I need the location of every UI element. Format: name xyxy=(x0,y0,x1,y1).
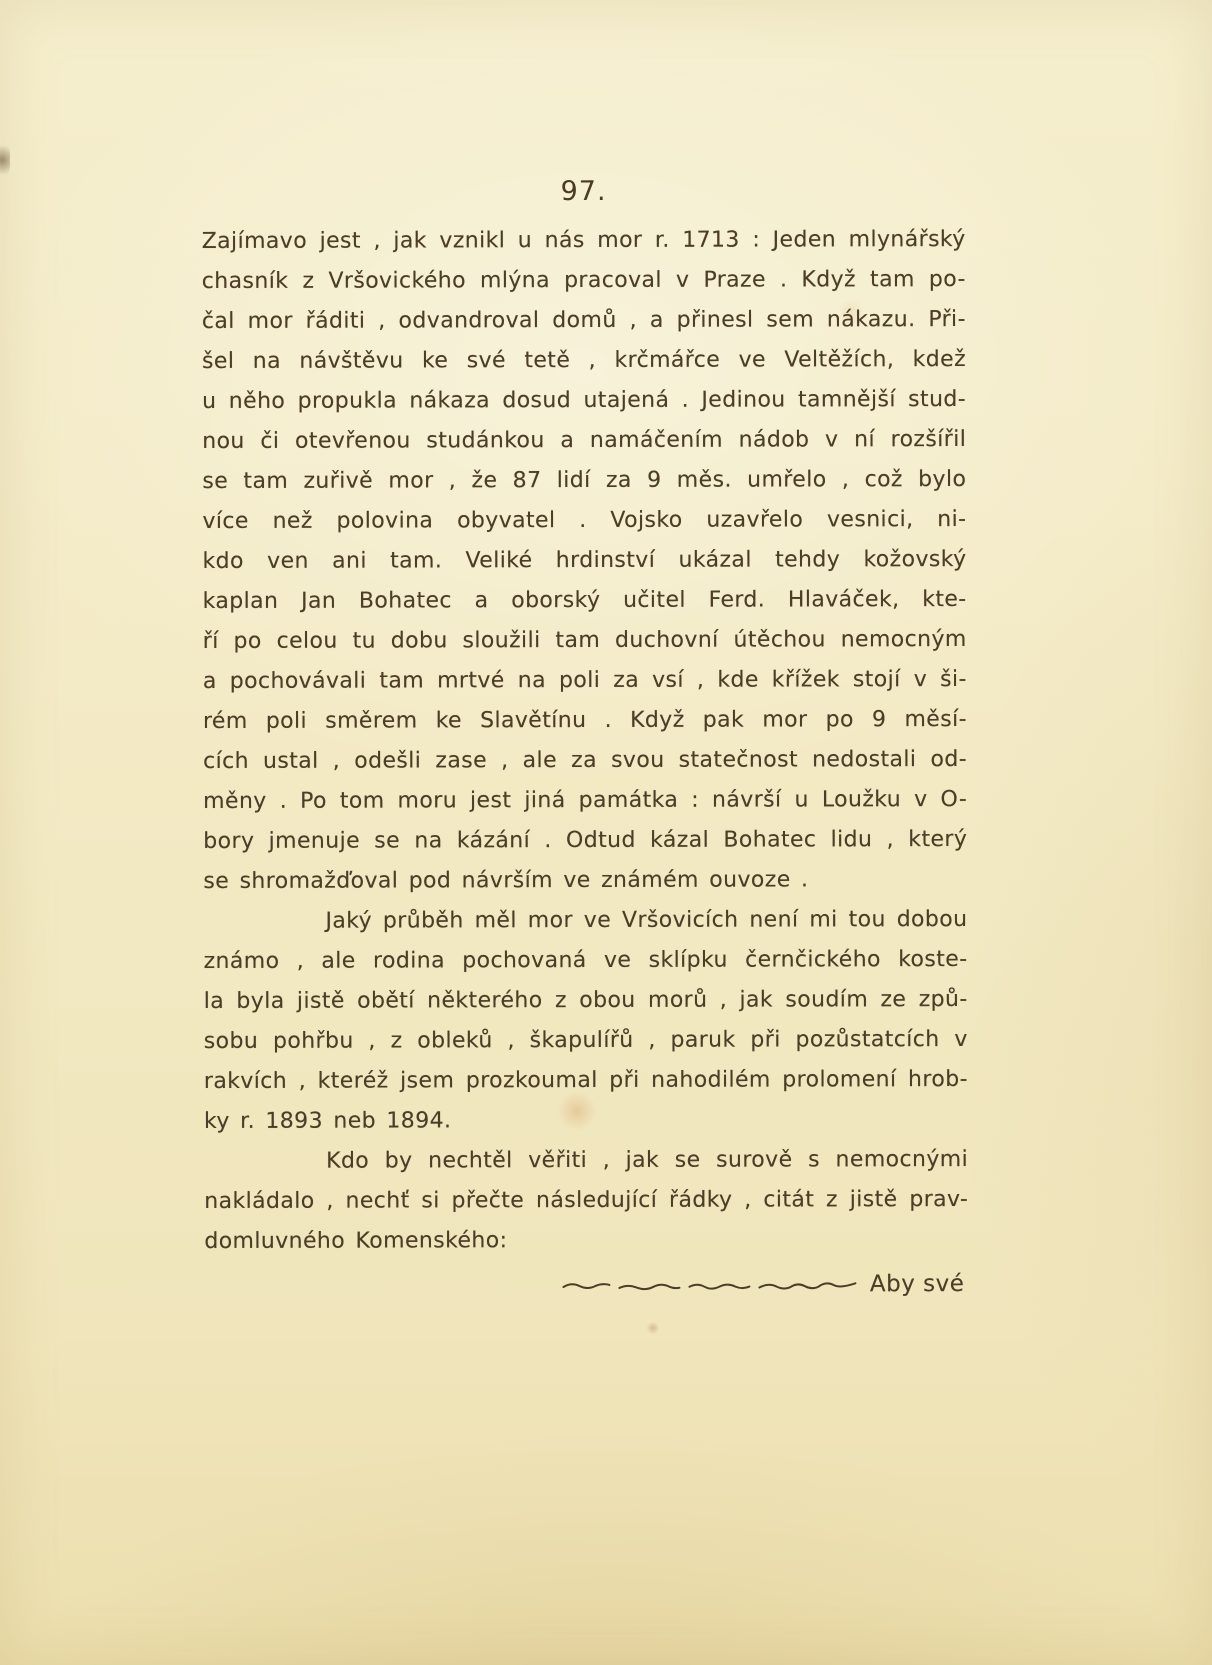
text-line: nou či otevřenou studánkou a namáčením n… xyxy=(202,420,966,462)
text-line: ří po celou tu dobu sloužili tam duchovn… xyxy=(203,620,967,662)
text-line: sobu pohřbu , z obleků , škapulířů , par… xyxy=(204,1020,968,1062)
paragraph-1: Zajímavo jest , jak vznikl u nás mor r. … xyxy=(202,220,968,902)
text-line: se shromažďoval pod návrším ve známém ou… xyxy=(203,860,967,902)
manuscript-page: 97. Zajímavo jest , jak vznikl u nás mor… xyxy=(0,0,1212,1665)
paragraph-2: Jaký průběh měl mor ve Vršovicích není m… xyxy=(203,900,968,1142)
text-line: ky r. 1893 neb 1894. xyxy=(204,1100,968,1142)
text-line: rém poli směrem ke Slavětínu . Když pak … xyxy=(203,700,967,742)
text-line: se tam zuřivě mor , že 87 lidí za 9 měs.… xyxy=(202,460,966,502)
text-line: více než polovina obyvatel . Vojsko uzav… xyxy=(202,500,966,542)
text-line: kdo ven ani tam. Veliké hrdinství ukázal… xyxy=(202,540,966,582)
text-line: rakvích , kteréž jsem prozkoumal při nah… xyxy=(204,1060,968,1102)
text-line: čal mor řáditi , odvandroval domů , a př… xyxy=(202,300,966,342)
text-line: Kdo by nechtěl věřiti , jak se surově s … xyxy=(204,1140,968,1182)
text-line: domluvného Komenského: xyxy=(204,1220,968,1262)
text-line: u něho propukla nákaza dosud utajená . J… xyxy=(202,380,966,422)
hand-drawn-rule xyxy=(560,1275,860,1294)
text-line: šel na návštěvu ke své tetě , krčmářce v… xyxy=(202,340,966,382)
page-number: 97. xyxy=(202,175,966,208)
paragraph-3: Kdo by nechtěl věřiti , jak se surově s … xyxy=(204,1140,968,1262)
text-line: kaplan Jan Bohatec a oborský učitel Ferd… xyxy=(203,580,967,622)
text-line: Zajímavo jest , jak vznikl u nás mor r. … xyxy=(202,220,966,262)
text-line: a pochovávali tam mrtvé na poli za vsí ,… xyxy=(203,660,967,702)
text-line: cích ustal , odešli zase , ale za svou s… xyxy=(203,740,967,782)
text-line: la byla jistě obětí některého z obou mor… xyxy=(204,980,968,1022)
handwritten-text-block: 97. Zajímavo jest , jak vznikl u nás mor… xyxy=(202,175,969,1308)
catchword-row: Aby své xyxy=(204,1262,968,1308)
catchword: Aby své xyxy=(870,1271,969,1297)
text-line: známo , ale rodina pochovaná ve sklípku … xyxy=(204,940,968,982)
text-line: chasník z Vršovického mlýna pracoval v P… xyxy=(202,260,966,302)
paper-stain xyxy=(646,1322,660,1334)
text-line: bory jmenuje se na kázání . Odtud kázal … xyxy=(203,820,967,862)
text-line: nakládalo , nechť si přečte následující … xyxy=(204,1180,968,1222)
text-line: měny . Po tom moru jest jiná památka : n… xyxy=(203,780,967,822)
text-line: Jaký průběh měl mor ve Vršovicích není m… xyxy=(203,900,967,942)
paper-edge-mark xyxy=(0,140,10,180)
